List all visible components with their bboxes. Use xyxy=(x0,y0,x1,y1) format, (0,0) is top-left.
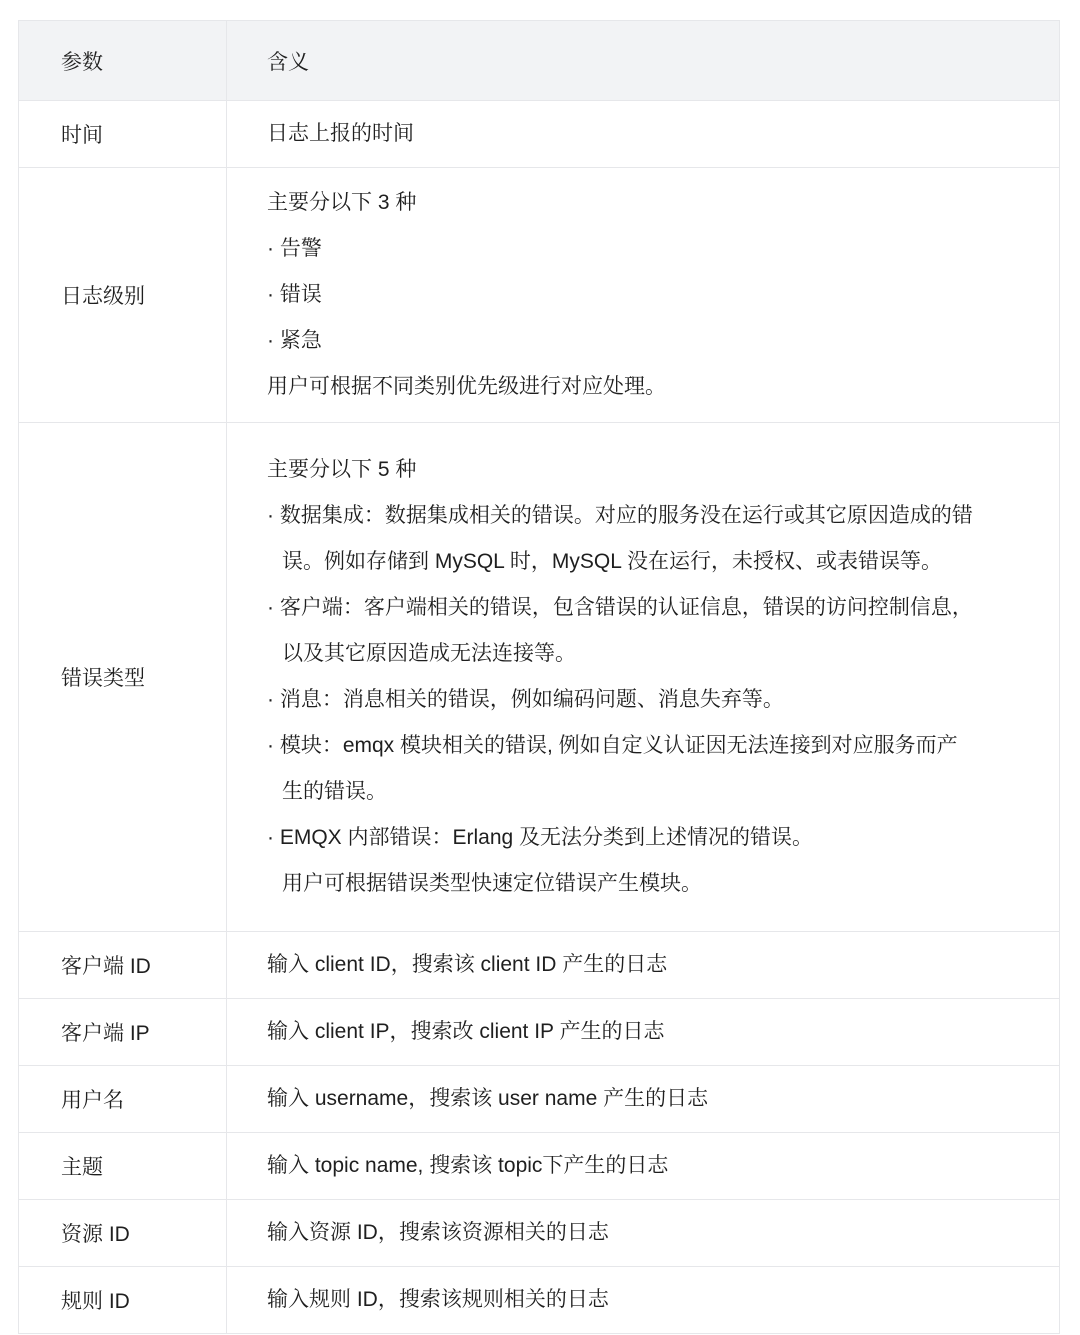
table-row-topic: 主题 输入 topic name, 搜索该 topic下产生的日志 xyxy=(19,1133,1060,1200)
table-row-client-ip: 客户端 IP 输入 client IP，搜索改 client IP 产生的日志 xyxy=(19,999,1060,1066)
meaning-line-bullet: · 数据集成：数据集成相关的错误。对应的服务没在运行或其它原因造成的错 xyxy=(267,493,1033,539)
meaning-line-continuation: 生的错误。 xyxy=(267,769,1033,815)
param-cell: 客户端 IP xyxy=(19,999,227,1066)
meaning-cell: 输入 topic name, 搜索该 topic下产生的日志 xyxy=(227,1133,1060,1200)
meaning-cell: 日志上报的时间 xyxy=(227,101,1060,168)
meaning-line: 用户可根据不同类别优先级进行对应处理。 xyxy=(267,364,1033,410)
param-cell: 日志级别 xyxy=(19,168,227,423)
table-row-client-id: 客户端 ID 输入 client ID，搜索该 client ID 产生的日志 xyxy=(19,932,1060,999)
meaning-line-bullet: · 消息：消息相关的错误，例如编码问题、消息失弃等。 xyxy=(267,677,1033,723)
param-cell: 客户端 ID xyxy=(19,932,227,999)
meaning-line: 主要分以下 3 种 xyxy=(267,180,1033,226)
meaning-line: 日志上报的时间 xyxy=(267,111,1033,157)
table-row-time: 时间 日志上报的时间 xyxy=(19,101,1060,168)
meaning-line: 输入规则 ID，搜索该规则相关的日志 xyxy=(267,1277,1033,1323)
meaning-line-bullet: · 错误 xyxy=(267,272,1033,318)
meaning-line: 输入 client IP，搜索改 client IP 产生的日志 xyxy=(267,1009,1033,1055)
meaning-cell: 主要分以下 5 种 · 数据集成：数据集成相关的错误。对应的服务没在运行或其它原… xyxy=(227,423,1060,932)
param-cell: 资源 ID xyxy=(19,1200,227,1267)
meaning-line: 输入 client ID，搜索该 client ID 产生的日志 xyxy=(267,942,1033,988)
meaning-header-cell: 含义 xyxy=(227,21,1060,101)
table-row-error-type: 错误类型 主要分以下 5 种 · 数据集成：数据集成相关的错误。对应的服务没在运… xyxy=(19,423,1060,932)
meaning-line-bullet: · EMQX 内部错误：Erlang 及无法分类到上述情况的错误。 xyxy=(267,815,1033,861)
table-row-log-level: 日志级别 主要分以下 3 种 · 告警 · 错误 · 紧急 用户可根据不同类别优… xyxy=(19,168,1060,423)
table-row-rule-id: 规则 ID 输入规则 ID，搜索该规则相关的日志 xyxy=(19,1267,1060,1334)
meaning-line-continuation: 以及其它原因造成无法连接等。 xyxy=(267,631,1033,677)
meaning-cell: 输入 client ID，搜索该 client ID 产生的日志 xyxy=(227,932,1060,999)
meaning-cell: 输入 username，搜索该 user name 产生的日志 xyxy=(227,1066,1060,1133)
meaning-cell: 输入 client IP，搜索改 client IP 产生的日志 xyxy=(227,999,1060,1066)
meaning-line-bullet: · 模块：emqx 模块相关的错误, 例如自定义认证因无法连接到对应服务而产 xyxy=(267,723,1033,769)
meaning-line: 输入资源 ID，搜索该资源相关的日志 xyxy=(267,1210,1033,1256)
meaning-line-bullet: · 告警 xyxy=(267,226,1033,272)
table-row-username: 用户名 输入 username，搜索该 user name 产生的日志 xyxy=(19,1066,1060,1133)
meaning-line: 输入 topic name, 搜索该 topic下产生的日志 xyxy=(267,1143,1033,1189)
param-cell: 规则 ID xyxy=(19,1267,227,1334)
page: 参数 含义 时间 日志上报的时间 日志级别 主要分以下 3 种 · 告警 xyxy=(0,0,1080,1334)
meaning-line-bullet: · 客户端：客户端相关的错误，包含错误的认证信息，错误的访问控制信息， xyxy=(267,585,1033,631)
header-row: 参数 含义 xyxy=(19,21,1060,101)
param-header-cell: 参数 xyxy=(19,21,227,101)
param-cell: 主题 xyxy=(19,1133,227,1200)
meaning-line: 输入 username，搜索该 user name 产生的日志 xyxy=(267,1076,1033,1122)
param-cell: 用户名 xyxy=(19,1066,227,1133)
meaning-cell: 输入规则 ID，搜索该规则相关的日志 xyxy=(227,1267,1060,1334)
log-parameters-table: 参数 含义 时间 日志上报的时间 日志级别 主要分以下 3 种 · 告警 xyxy=(18,20,1060,1334)
meaning-line-bullet: · 紧急 xyxy=(267,318,1033,364)
table-row-resource-id: 资源 ID 输入资源 ID，搜索该资源相关的日志 xyxy=(19,1200,1060,1267)
meaning-line: 主要分以下 5 种 xyxy=(267,447,1033,493)
meaning-line-continuation: 用户可根据错误类型快速定位错误产生模块。 xyxy=(267,861,1033,907)
param-cell: 错误类型 xyxy=(19,423,227,932)
meaning-cell: 输入资源 ID，搜索该资源相关的日志 xyxy=(227,1200,1060,1267)
param-cell: 时间 xyxy=(19,101,227,168)
meaning-line-continuation: 误。例如存储到 MySQL 时，MySQL 没在运行，未授权、或表错误等。 xyxy=(267,539,1033,585)
meaning-cell: 主要分以下 3 种 · 告警 · 错误 · 紧急 用户可根据不同类别优先级进行对… xyxy=(227,168,1060,423)
